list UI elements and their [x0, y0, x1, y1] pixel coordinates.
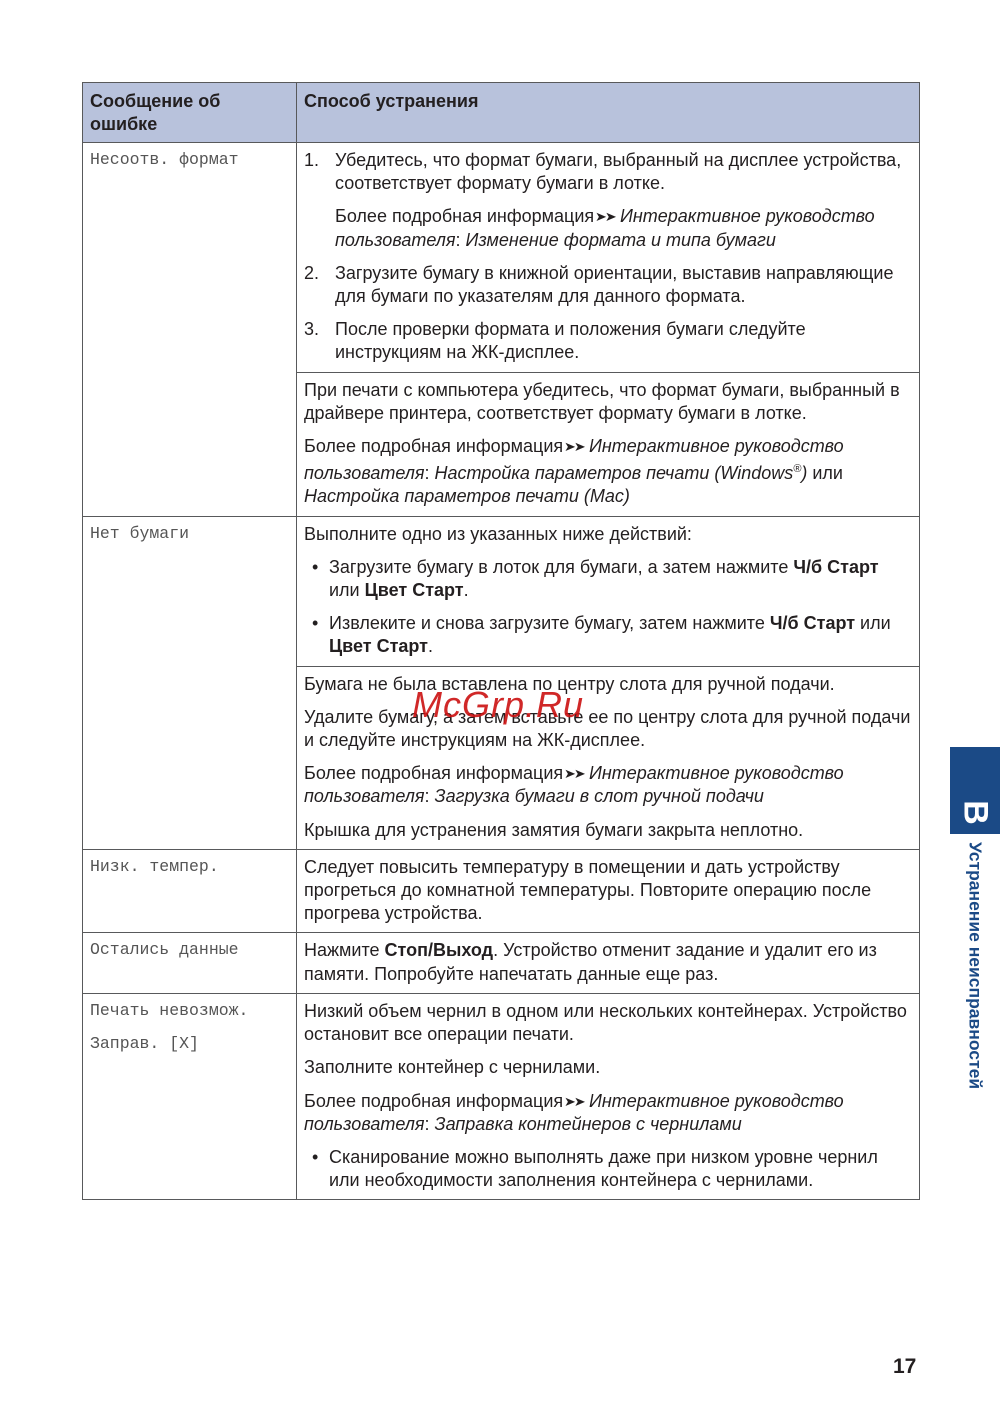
steps-list: 1. Убедитесь, что формат бумаги, выбранн… [304, 149, 912, 365]
step-item: 1. Убедитесь, что формат бумаги, выбранн… [304, 149, 912, 252]
bullet-list: •Сканирование можно выполнять даже при н… [304, 1146, 912, 1192]
step-item: 2. Загрузите бумагу в книжной ориентации… [304, 262, 912, 308]
error-message-cell: Остались данные [83, 933, 297, 993]
button-name-colour-start: Цвет Старт [329, 636, 428, 656]
bullet-icon: • [312, 556, 318, 579]
table-row: Нет бумаги Выполните одно из указанных н… [83, 516, 920, 666]
page-number: 17 [893, 1355, 916, 1379]
solution-cause: Крышка для устранения замятия бумаги зак… [304, 819, 912, 842]
solution-cell: Бумага не была вставлена по центру слота… [297, 666, 920, 849]
error-message: Несоотв. формат [90, 150, 239, 169]
reference-note: Более подробная информация➤➤Интерактивно… [304, 762, 912, 808]
error-message: Низк. темпер. [90, 857, 219, 876]
button-name-stop-exit: Стоп/Выход [385, 940, 494, 960]
reference-topic-mac[interactable]: Настройка параметров печати (Mac) [304, 486, 630, 506]
step-number: 1. [304, 149, 319, 172]
solution-cell: Следует повысить температуру в помещении… [297, 849, 920, 933]
table-row: Низк. темпер. Следует повысить температу… [83, 849, 920, 933]
bullet-icon: • [312, 1146, 318, 1169]
solution-text: При печати с компьютера убедитесь, что ф… [304, 379, 912, 425]
table-header-row: Сообщение об ошибке Способ устранения [83, 83, 920, 143]
table-row: Остались данные Нажмите Стоп/Выход. Устр… [83, 933, 920, 993]
step-item: 3. После проверки формата и положения бу… [304, 318, 912, 364]
error-message: Нет бумаги [90, 524, 189, 543]
chapter-tab: B [950, 747, 1000, 834]
step-text: Загрузите бумагу в книжной ориентации, в… [335, 263, 894, 306]
solution-cause: Низкий объем чернил в одном или нескольк… [304, 1000, 912, 1046]
button-name-mono-start: Ч/б Старт [770, 613, 855, 633]
error-message-table: Сообщение об ошибке Способ устранения Не… [82, 82, 920, 1200]
solution-cause: Бумага не была вставлена по центру слота… [304, 673, 912, 696]
error-message-cell: Печать невозмож. Заправ. [X] [83, 993, 297, 1199]
reference-topic[interactable]: Заправка контейнеров с чернилами [435, 1114, 742, 1134]
button-name-colour-start: Цвет Старт [365, 580, 464, 600]
bullet-item: •Загрузите бумагу в лоток для бумаги, а … [304, 556, 912, 602]
error-message: Печать невозмож. [90, 1000, 289, 1022]
step-text: После проверки формата и положения бумаг… [335, 319, 806, 362]
error-message: Остались данные [90, 940, 239, 959]
reference-topic-windows[interactable]: Настройка параметров печати (Windows®) [435, 463, 808, 483]
bullet-list: •Загрузите бумагу в лоток для бумаги, а … [304, 556, 912, 659]
solution-text: Заполните контейнер с чернилами. [304, 1056, 912, 1079]
bullet-item: •Извлеките и снова загрузите бумагу, зат… [304, 612, 912, 658]
solution-cell: Нажмите Стоп/Выход. Устройство отменит з… [297, 933, 920, 993]
solution-cell: 1. Убедитесь, что формат бумаги, выбранн… [297, 143, 920, 373]
error-message-cell: Несоотв. формат [83, 143, 297, 517]
double-arrow-icon: ➤➤ [562, 435, 590, 458]
chapter-letter: B [956, 797, 995, 829]
solution-cell: При печати с компьютера убедитесь, что ф… [297, 372, 920, 516]
step-text: Убедитесь, что формат бумаги, выбранный … [335, 149, 912, 195]
double-arrow-icon: ➤➤ [593, 205, 621, 228]
solution-intro: Выполните одно из указанных ниже действи… [304, 523, 912, 546]
step-number: 2. [304, 262, 319, 285]
double-arrow-icon: ➤➤ [562, 1090, 590, 1113]
table-row: Печать невозмож. Заправ. [X] Низкий объе… [83, 993, 920, 1199]
chapter-title: Устранение неисправностей [965, 842, 986, 1089]
column-header-solution: Способ устранения [297, 83, 920, 143]
error-message-cell: Нет бумаги [83, 516, 297, 849]
reference-note: Более подробная информация➤➤Интерактивно… [304, 435, 912, 509]
solution-text: Нажмите Стоп/Выход. Устройство отменит з… [304, 939, 912, 985]
solution-text: Удалите бумагу, а затем вставьте ее по ц… [304, 706, 912, 752]
reference-note: Более подробная информация➤➤Интерактивно… [335, 205, 912, 251]
error-message-subline: Заправ. [X] [90, 1033, 289, 1055]
solution-text: Следует повысить температуру в помещении… [304, 856, 912, 926]
solution-cell: Низкий объем чернил в одном или нескольк… [297, 993, 920, 1199]
watermark: McGrp.Ru [412, 684, 584, 726]
bullet-icon: • [312, 612, 318, 635]
button-name-mono-start: Ч/б Старт [793, 557, 878, 577]
table-row: Несоотв. формат 1. Убедитесь, что формат… [83, 143, 920, 373]
bullet-item: •Сканирование можно выполнять даже при н… [304, 1146, 912, 1192]
double-arrow-icon: ➤➤ [562, 762, 590, 785]
column-header-message: Сообщение об ошибке [83, 83, 297, 143]
reference-topic[interactable]: Изменение формата и типа бумаги [466, 230, 776, 250]
reference-note: Более подробная информация➤➤Интерактивно… [304, 1090, 912, 1136]
step-number: 3. [304, 318, 319, 341]
error-message-cell: Низк. темпер. [83, 849, 297, 933]
solution-cell: Выполните одно из указанных ниже действи… [297, 516, 920, 666]
reference-topic[interactable]: Загрузка бумаги в слот ручной подачи [435, 786, 764, 806]
